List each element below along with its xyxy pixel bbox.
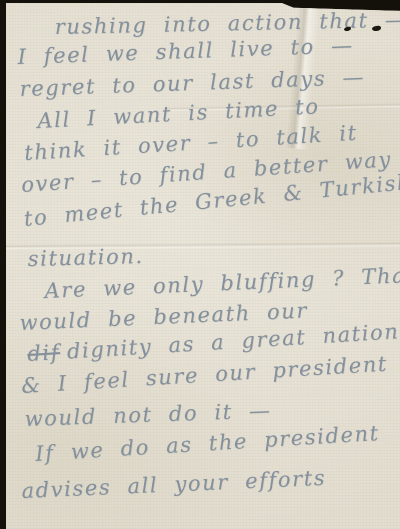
photo-background: rushing into action that — I feel we sha… (0, 0, 400, 529)
handwritten-line: I feel we shall live to — (17, 35, 354, 68)
struck-word: dif (27, 340, 61, 366)
handwritten-line: situation. (27, 246, 143, 270)
handwritten-line: advises all your efforts (21, 468, 326, 502)
handwritten-line: If we do as the president (35, 423, 380, 465)
handwritten-line: Are we only bluffing ? That (44, 265, 400, 302)
handwritten-line: would not do it — (24, 400, 272, 430)
letter-page: rushing into action that — I feel we sha… (6, 3, 400, 529)
